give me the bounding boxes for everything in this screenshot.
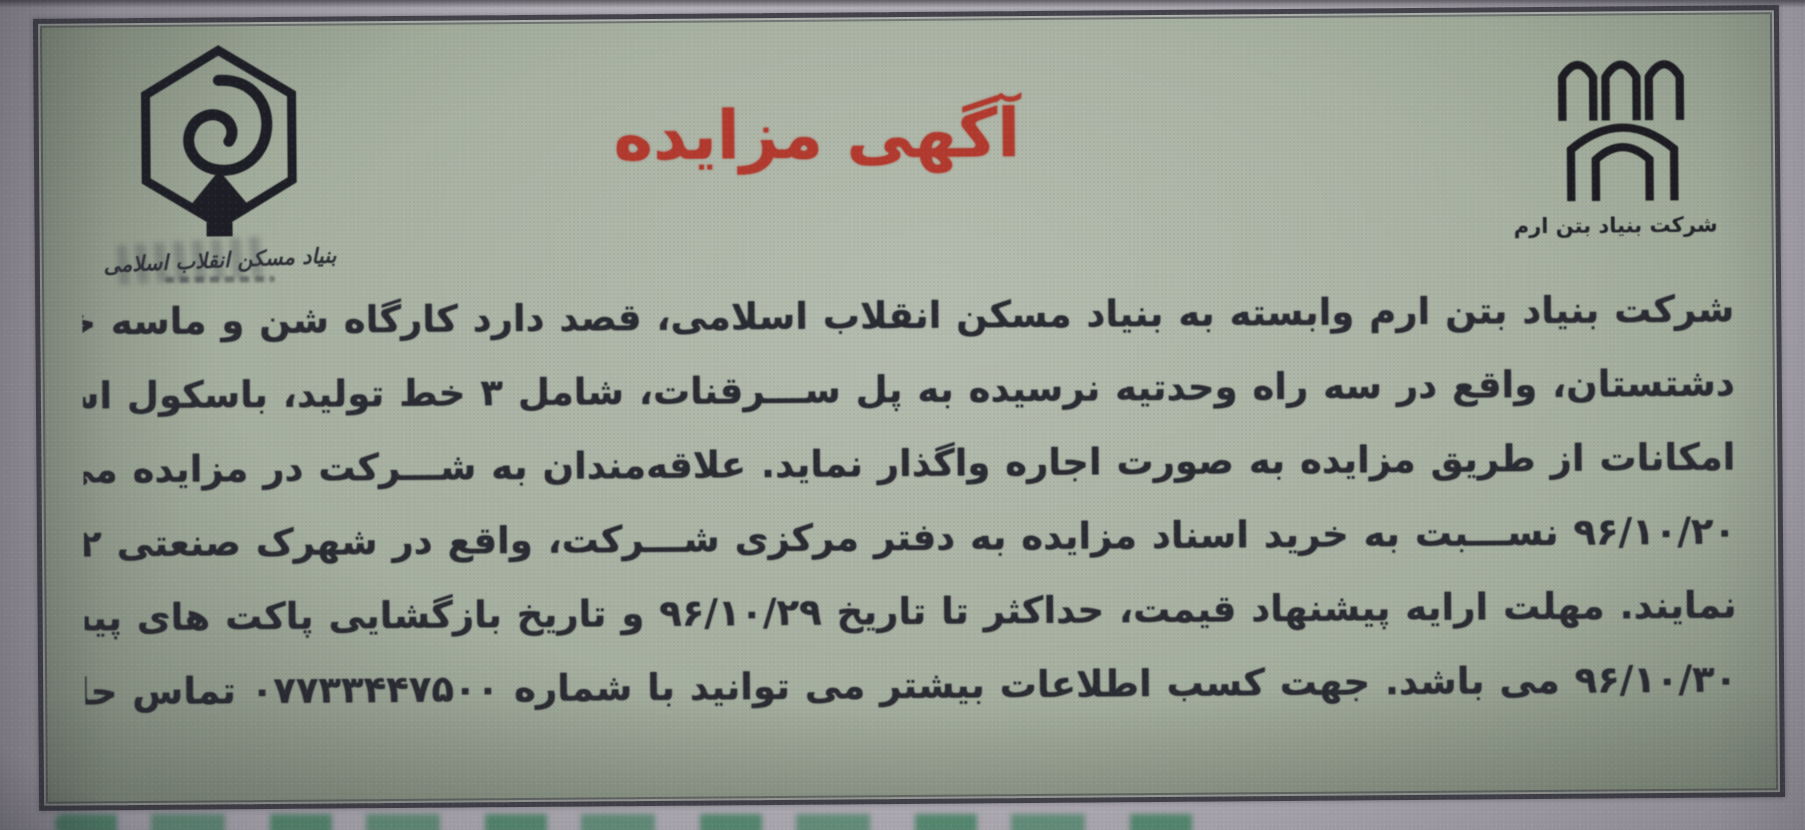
arches-icon: [1539, 37, 1705, 206]
ad-body: شرکت بنیاد بتن ارم وابسته به بنیاد مسکن …: [82, 273, 1737, 730]
body-line-2: دشتستان، واقع در سه راه وحدتیه نرسیده به…: [83, 347, 1736, 434]
right-logo-caption: شرکت بنیاد بتن ارم: [1527, 213, 1717, 238]
ad-border-box: بنیاد مسکن انقلاب اسلامی آگهی مزایده شرک…: [33, 5, 1785, 811]
body-line-1: شرکت بنیاد بتن ارم وابسته به بنیاد مسکن …: [82, 273, 1735, 360]
body-line-6: ۹۶/۱۰/۳۰ می باشد. جهت کسب اطلاعات بیشتر …: [85, 643, 1738, 730]
body-line-4: ۹۶/۱۰/۲۰ نســـبت به خرید اسناد مزایده به…: [84, 495, 1737, 582]
auction-title: آگهی مزایده: [259, 91, 1376, 178]
cutoff-next-headline: [55, 814, 1215, 830]
body-line-5: نمایند. مهلت ارایه پیشنهاد قیمت، حداکثر …: [84, 569, 1737, 656]
scanned-ad-photo: بنیاد مسکن انقلاب اسلامی آگهی مزایده شرک…: [0, 0, 1805, 830]
eram-beton-logo: شرکت بنیاد بتن ارم: [1526, 37, 1718, 238]
body-line-3: امکانات از طریق مزایده به صورت اجاره واگ…: [83, 421, 1736, 508]
